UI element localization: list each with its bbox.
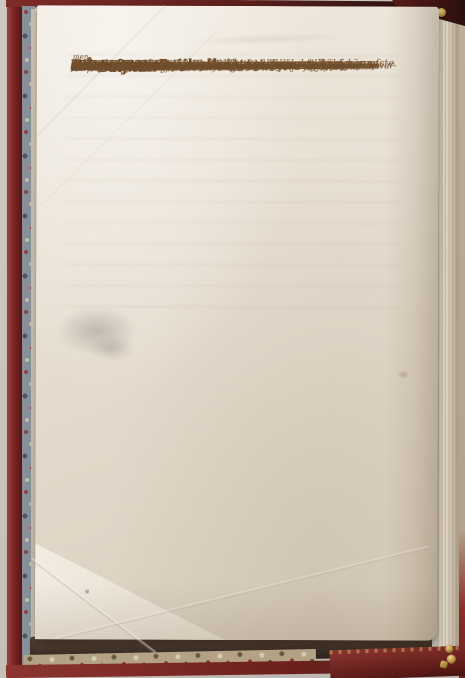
- text-segment: annan lagde. Nedra högra fältet är äfven…: [71, 58, 350, 76]
- right-fore-edge-pages: [438, 2, 459, 674]
- page-bottom-shading: [35, 581, 437, 640]
- foxing-spot: [398, 371, 409, 379]
- ink-dot: [85, 589, 89, 593]
- photographed-manuscript-scene: med något utmärkeligt bevis af Wår Kongl…: [0, 0, 465, 678]
- ink-show-through: [66, 53, 399, 316]
- gray-stain: [88, 335, 136, 361]
- book-cover-left-edge: [7, 3, 22, 670]
- right-outer-edge: [459, 0, 465, 678]
- clasp-plate-icon: [440, 660, 448, 668]
- clasp-knob-icon: [444, 644, 454, 654]
- manuscript-page: med något utmärkeligt bevis af Wår Kongl…: [35, 5, 439, 640]
